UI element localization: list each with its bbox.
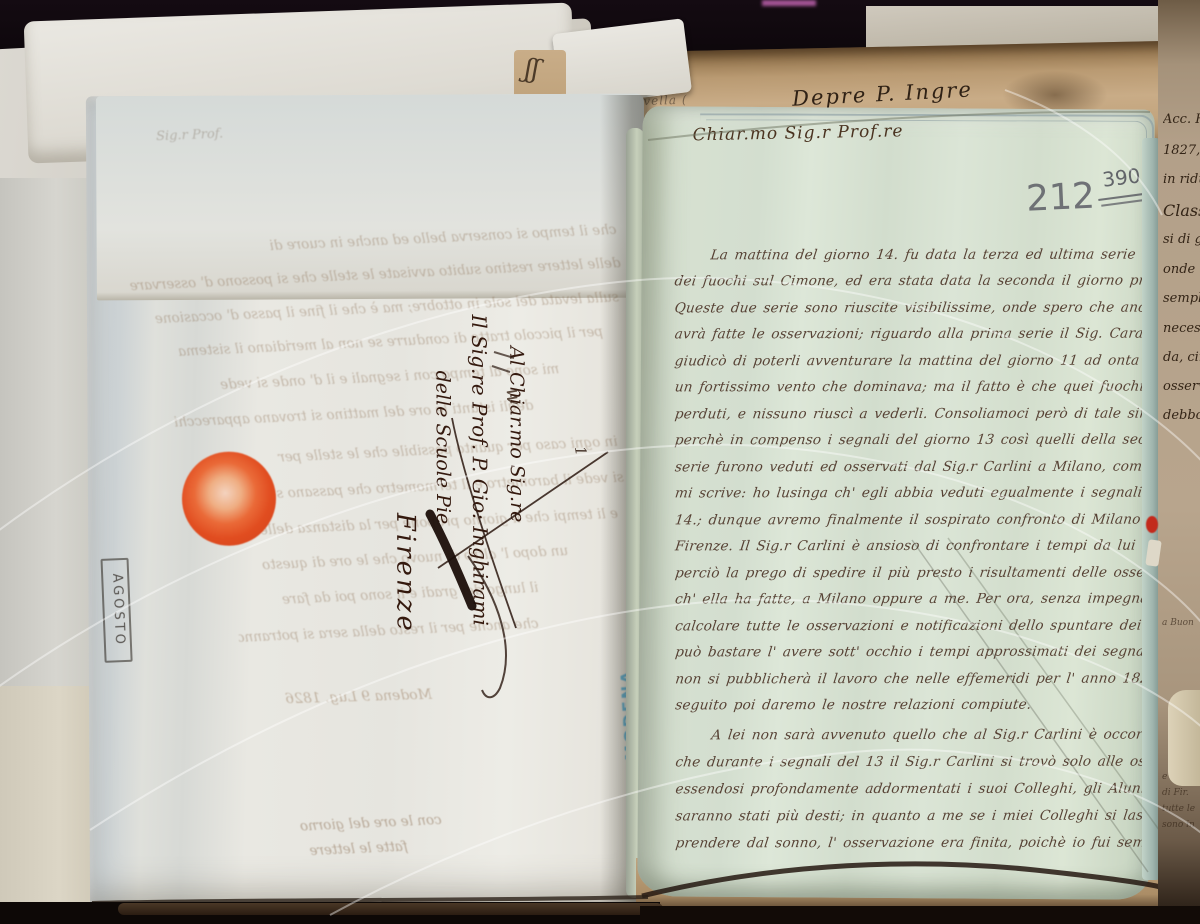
- body-line: dei fuochi sul Cimone, ed era stata data…: [674, 273, 1144, 290]
- body-line: Firenze. Il Sig.r Carlini è ansioso di c…: [674, 538, 1144, 555]
- text-fragment-small: di Fir.: [1162, 788, 1200, 798]
- body-line: Queste due serie sono riuscite visibilis…: [674, 300, 1144, 317]
- body-line: un fortissimo vento che dominava; ma il …: [674, 379, 1144, 396]
- wax-spot: [1146, 516, 1158, 533]
- body-line: che durante i segnali del 13 il Sig.r Ca…: [674, 754, 1144, 771]
- text-fragment: Acc. Ha: [1163, 112, 1200, 127]
- body-line: avrà fatte le osservazioni; riguardo all…: [674, 326, 1144, 343]
- letter-body: La mattina del giorno 14. fu data la ter…: [639, 108, 1152, 899]
- address-line: Il Sig.re Prof. P. Gio: Inghirami: [460, 314, 500, 659]
- rate-mark: 1: [571, 445, 590, 458]
- text-fragment: 1827, qua: [1163, 143, 1200, 158]
- sheet-edge-line: [706, 119, 1147, 174]
- body-line: La mattina del giorno 14. fu data la ter…: [674, 247, 1137, 264]
- text-fragment: si di gi: [1163, 232, 1200, 247]
- text-fragment-small: tutte le: [1162, 804, 1200, 814]
- postal-mark: w: [502, 387, 527, 405]
- body-line: calcolare tutte le osservazioni e notifi…: [674, 618, 1144, 635]
- body-line: giudicò di poterli avventurare la mattin…: [674, 353, 1144, 370]
- text-fragment: da, circa: [1163, 350, 1200, 365]
- text-fragment-small: a Buon: [1162, 618, 1200, 628]
- bleedthrough-date: Modena 9 Lug. 1826: [285, 687, 432, 708]
- body-line: A lei non sarà avvenuto quello che al Si…: [674, 727, 1180, 744]
- text-fragment: necessari: [1163, 321, 1200, 336]
- body-line: ch' ella ha fatte, a Milano oppure a me.…: [674, 591, 1144, 608]
- text-fragment: Classe: [1163, 201, 1200, 220]
- address-line: Al Chiar.mo Sig.re: [498, 314, 536, 659]
- body-line: perduti, e nissuno riuscì a vederli. Con…: [674, 406, 1144, 423]
- body-line: perciò la prego di spedire il più presto…: [674, 565, 1144, 582]
- body-line: non si pubblicherà il lavoro che nelle e…: [674, 671, 1144, 688]
- body-line: 14.; dunque avremo finalmente il sospira…: [674, 512, 1144, 529]
- text-fragment: in riduc: [1163, 172, 1200, 187]
- body-line: perchè in compenso i segnali del giorno …: [674, 432, 1144, 449]
- address-line: delle Scuole Pie: [424, 315, 462, 660]
- body-line: essendosi profondamente addormentati i s…: [675, 781, 1145, 798]
- manuscript-photo: di novella ( Depre P. Ingre ʃʃ Sig.r Pro…: [0, 0, 1200, 924]
- text-fragment: debbo: [1163, 408, 1200, 423]
- body-line: saranno stati più desti; in quanto a me …: [675, 808, 1145, 825]
- address-line: Firenze: [384, 315, 426, 660]
- bleedthrough-line: fatte le lettere: [208, 839, 409, 864]
- address-block: Al Chiar.mo Sig.re Il Sig.re Prof. P. Gi…: [384, 314, 536, 660]
- body-line: mi scrive: ho lusinga ch' egli abbia ved…: [674, 485, 1144, 502]
- curled-page-edge: [1168, 690, 1200, 786]
- text-fragment: semplici: [1163, 291, 1200, 306]
- bottom-shadow-right: [640, 906, 1200, 924]
- text-fragment-small: sono in: [1162, 820, 1200, 830]
- right-page-letter: Chiar.mo Sig.r Prof.re 390 212 La mattin…: [637, 106, 1155, 900]
- text-fragment: osservato: [1163, 379, 1200, 394]
- red-wax-seal: [182, 451, 276, 545]
- body-line: serie furono veduti ed osservati dal Sig…: [674, 459, 1144, 476]
- ghost-writing: Sig.r Prof.: [156, 127, 224, 145]
- bleedthrough-line: con le ore del giorno: [221, 812, 442, 838]
- postmark-box: AGOSTO: [100, 558, 132, 663]
- body-line: può bastare l' avere sott' occhio i temp…: [674, 644, 1144, 661]
- body-line: seguito poi daremo le nostre relazioni c…: [674, 697, 1032, 714]
- text-fragment: onde per: [1163, 262, 1200, 277]
- left-page: Sig.r Prof. che il tempo si conserva bel…: [86, 94, 648, 907]
- page-wedge-bottom-left: [0, 686, 98, 908]
- light-leak: [762, 0, 816, 6]
- stacked-page-edges: [118, 903, 663, 915]
- body-line: prendere dal sonno, l' osservazione era …: [675, 835, 1145, 852]
